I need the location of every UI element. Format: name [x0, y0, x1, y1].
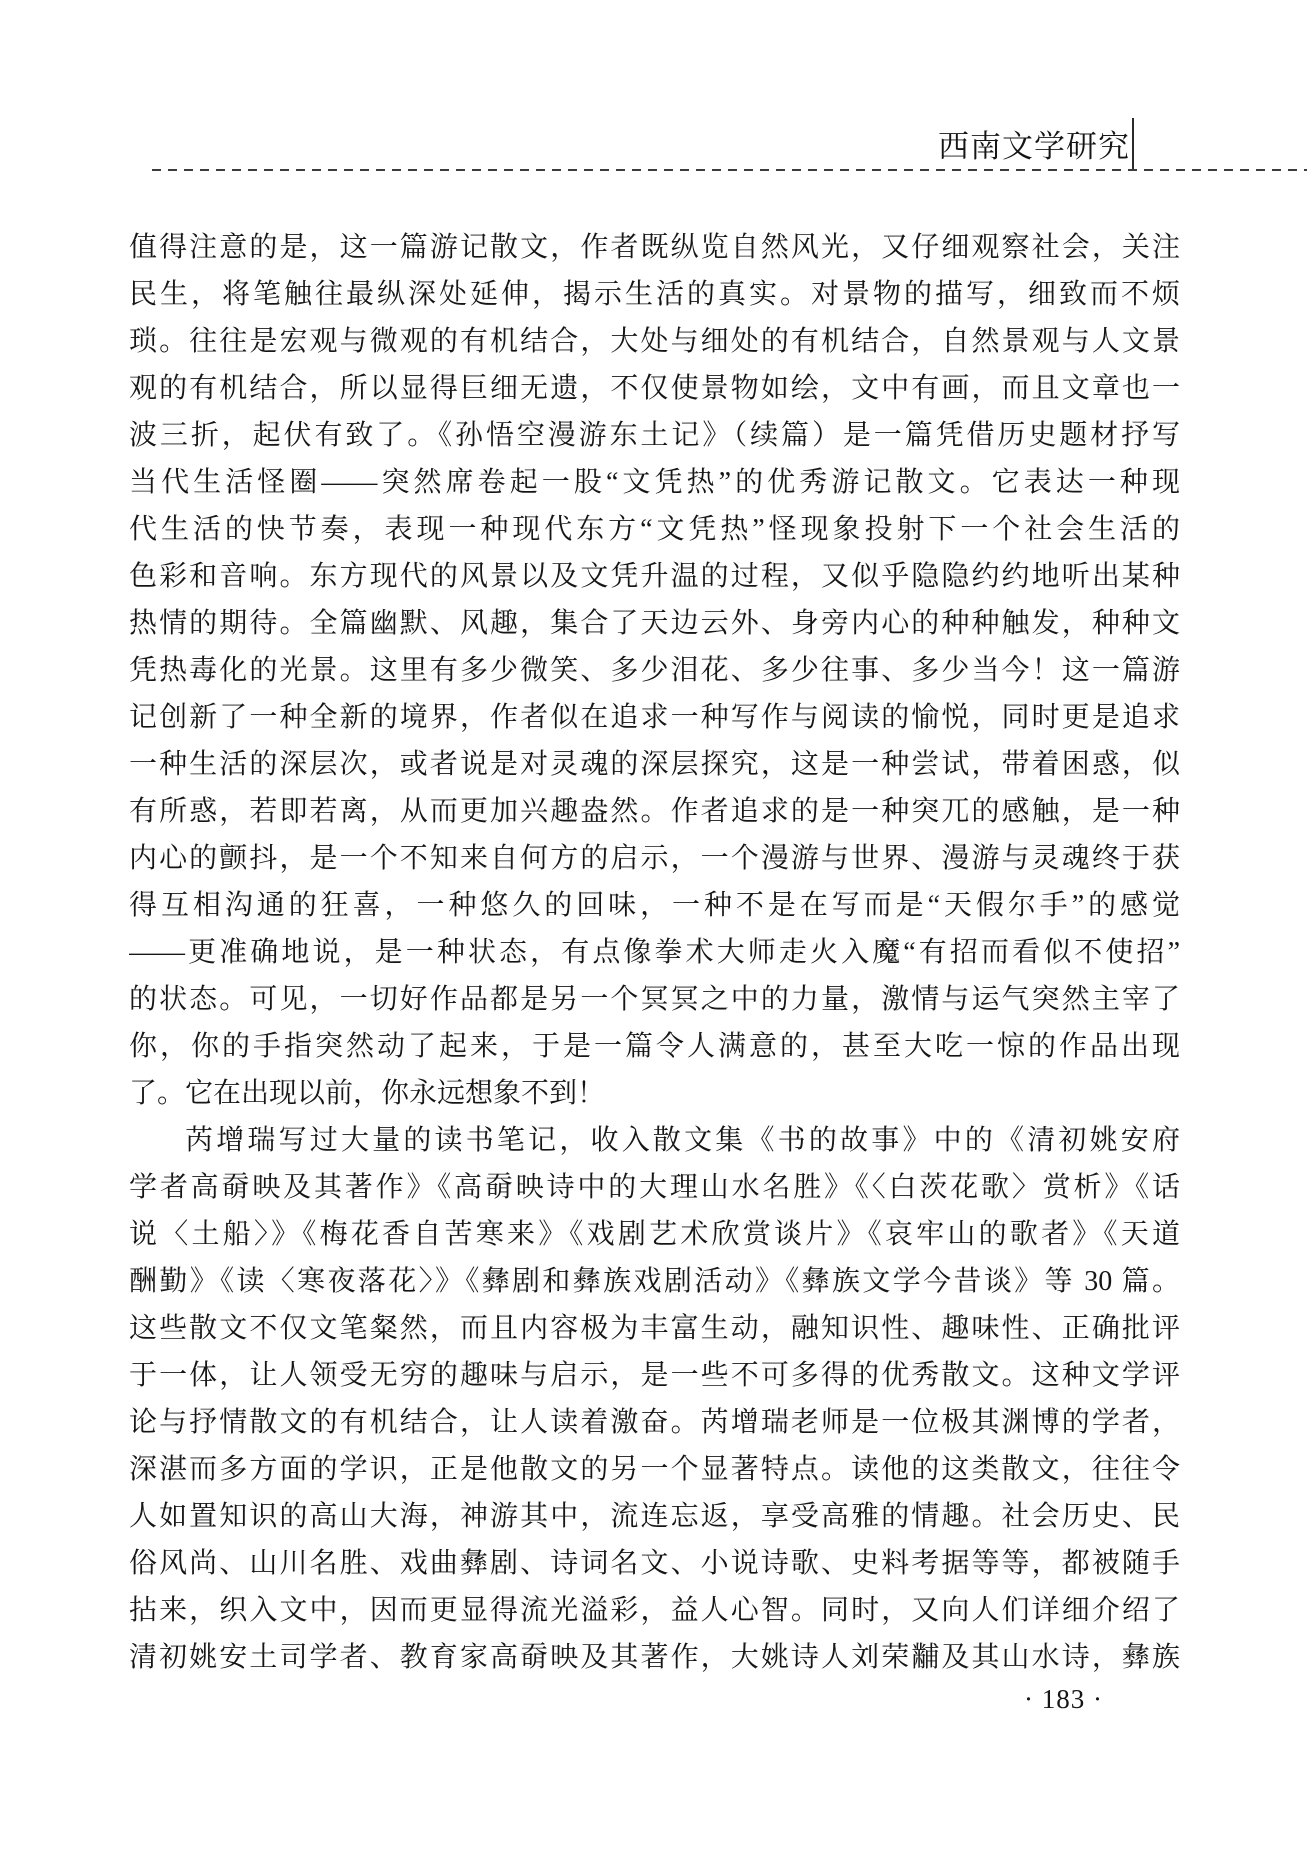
- text-line: 这些散文不仅文笔粲然，而且内容极为丰富生动，融知识性、趣味性、正确批评: [129, 1305, 1180, 1352]
- text-line: 深湛而多方面的学识，正是他散文的另一个显著特点。读他的这类散文，往往令: [129, 1446, 1180, 1493]
- page-number: · 183 ·: [1024, 1684, 1103, 1715]
- text-line: 凭热毒化的光景。这里有多少微笑、多少泪花、多少往事、多少当今！这一篇游: [129, 647, 1180, 694]
- text-line: ——更准确地说，是一种状态，有点像拳术大师走火入魔“有招而看似不使招”: [129, 929, 1180, 976]
- text-line: 拈来，织入文中，因而更显得流光溢彩，益人心智。同时，又向人们详细介绍了: [129, 1587, 1180, 1634]
- text-line: 代生活的快节奏，表现一种现代东方“文凭热”怪现象投射下一个社会生活的: [129, 506, 1180, 553]
- text-line: 色彩和音响。东方现代的风景以及文凭升温的过程，又似乎隐隐约约地听出某种: [129, 553, 1180, 600]
- text-line: 的状态。可见，一切好作品都是另一个冥冥之中的力量，激情与运气突然主宰了: [129, 976, 1180, 1023]
- journal-title: 西南文学研究: [938, 127, 1130, 167]
- text-line: 说〈土船〉》《梅花香自苦寒来》《戏剧艺术欣赏谈片》《哀牢山的歌者》《天道: [129, 1211, 1180, 1258]
- text-line: 了。它在出现以前，你永远想象不到！: [129, 1070, 1180, 1117]
- paragraph-2: 芮增瑞写过大量的读书笔记，收入散文集《书的故事》中的《清初姚安府学者高奣映及其著…: [129, 1117, 1180, 1681]
- text-line: 当代生活怪圈——突然席卷起一股“文凭热”的优秀游记散文。它表达一种现: [129, 459, 1180, 506]
- text-line: 一种生活的深层次，或者说是对灵魂的深层探究，这是一种尝试，带着困惑，似: [129, 741, 1180, 788]
- body-text: 值得注意的是，这一篇游记散文，作者既纵览自然风光，又仔细观察社会，关注民生，将笔…: [129, 224, 1180, 1681]
- text-line: 于一体，让人领受无穷的趣味与启示，是一些不可多得的优秀散文。这种文学评: [129, 1352, 1180, 1399]
- text-line: 有所惑，若即若离，从而更加兴趣盎然。作者追求的是一种突兀的感触，是一种: [129, 788, 1180, 835]
- text-line: 记创新了一种全新的境界，作者似在追求一种写作与阅读的愉悦，同时更是追求: [129, 694, 1180, 741]
- text-line: 论与抒情散文的有机结合，让人读着激奋。芮增瑞老师是一位极其渊博的学者，: [129, 1399, 1180, 1446]
- text-line: 学者高奣映及其著作》《高奣映诗中的大理山水名胜》《〈白茨花歌〉赏析》《话: [129, 1164, 1180, 1211]
- text-line: 清初姚安土司学者、教育家高奣映及其著作，大姚诗人刘荣黼及其山水诗，彝族: [129, 1634, 1180, 1681]
- header-dashed-rule: [152, 169, 1307, 171]
- text-line: 人如置知识的高山大海，神游其中，流连忘返，享受高雅的情趣。社会历史、民: [129, 1493, 1180, 1540]
- header-vertical-rule: [1132, 118, 1134, 170]
- text-line: 内心的颤抖，是一个不知来自何方的启示，一个漫游与世界、漫游与灵魂终于获: [129, 835, 1180, 882]
- text-line: 酬勤》《读〈寒夜落花〉》《彝剧和彝族戏剧活动》《彝族文学今昔谈》等 30 篇。: [129, 1258, 1180, 1305]
- text-line: 值得注意的是，这一篇游记散文，作者既纵览自然风光，又仔细观察社会，关注: [129, 224, 1180, 271]
- document-page: { "header": { "journal_title": "西南文学研究" …: [0, 0, 1307, 1859]
- text-line: 琐。往往是宏观与微观的有机结合，大处与细处的有机结合，自然景观与人文景: [129, 318, 1180, 365]
- text-line: 俗风尚、山川名胜、戏曲彝剧、诗词名文、小说诗歌、史料考据等等，都被随手: [129, 1540, 1180, 1587]
- text-line: 芮增瑞写过大量的读书笔记，收入散文集《书的故事》中的《清初姚安府: [129, 1117, 1180, 1164]
- text-line: 得互相沟通的狂喜，一种悠久的回味，一种不是在写而是“天假尔手”的感觉: [129, 882, 1180, 929]
- text-line: 你，你的手指突然动了起来，于是一篇令人满意的，甚至大吃一惊的作品出现: [129, 1023, 1180, 1070]
- paragraph-1: 值得注意的是，这一篇游记散文，作者既纵览自然风光，又仔细观察社会，关注民生，将笔…: [129, 224, 1180, 1117]
- text-line: 波三折，起伏有致了。《孙悟空漫游东土记》（续篇）是一篇凭借历史题材抒写: [129, 412, 1180, 459]
- text-line: 民生，将笔触往最纵深处延伸，揭示生活的真实。对景物的描写，细致而不烦: [129, 271, 1180, 318]
- text-line: 热情的期待。全篇幽默、风趣，集合了天边云外、身旁内心的种种触发，种种文: [129, 600, 1180, 647]
- text-line: 观的有机结合，所以显得巨细无遗，不仅使景物如绘，文中有画，而且文章也一: [129, 365, 1180, 412]
